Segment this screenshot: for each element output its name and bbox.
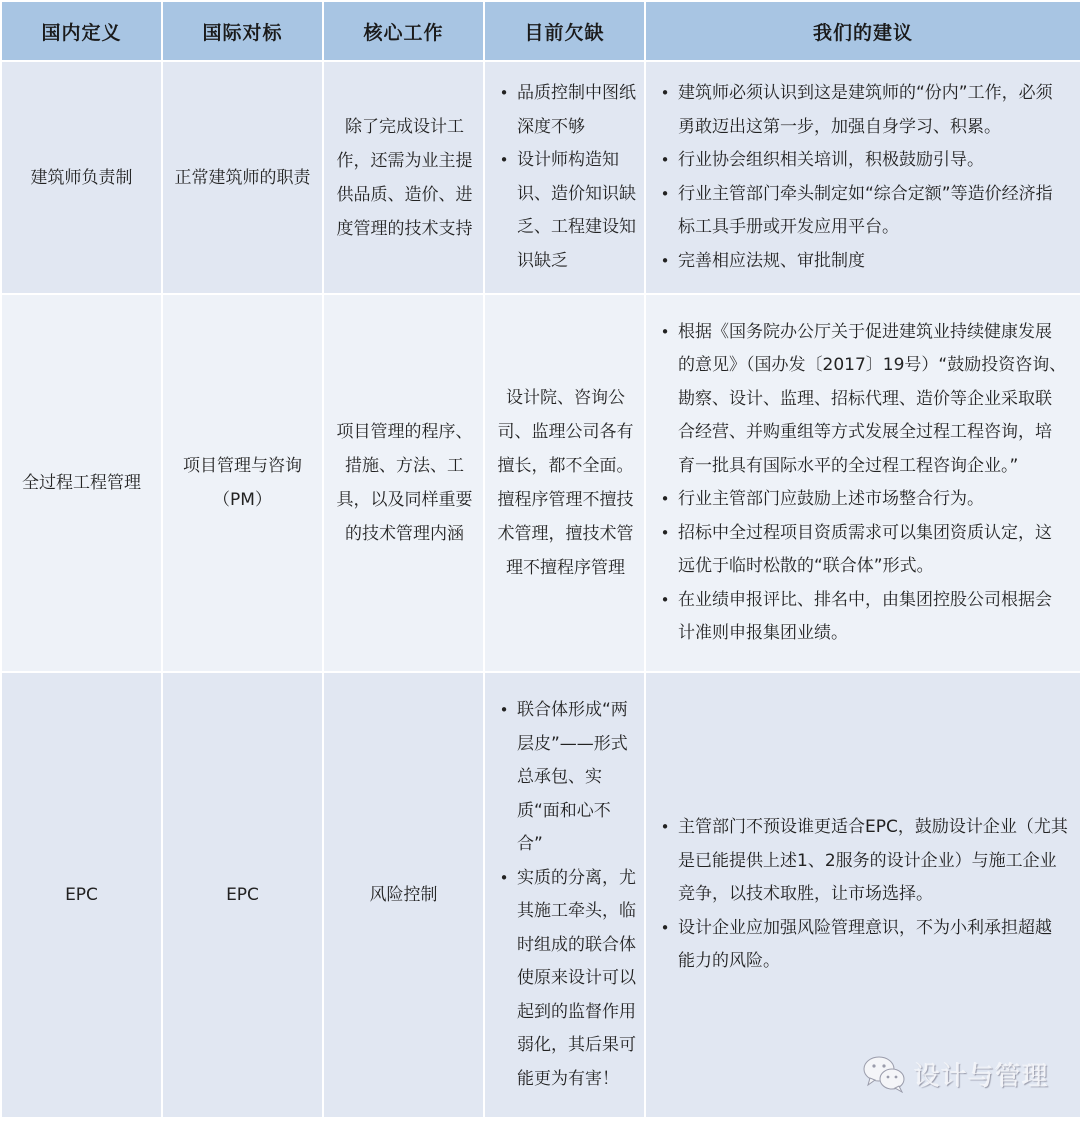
list-item: •根据《国务院办公厅关于促进建筑业持续健康发展的意见》（国办发〔2017〕19号… xyxy=(658,316,1068,484)
cell-core-work: 项目管理的程序、措施、方法、工具，以及同样重要的技术管理内涵 xyxy=(323,294,484,672)
list-item-text: 设计企业应加强风险管理意识，不为小利承担超越能力的风险。 xyxy=(678,918,1052,972)
core-work-text: 风险控制 xyxy=(324,878,483,912)
list-item: •完善相应法规、审批制度 xyxy=(658,245,1068,279)
bullet-icon: • xyxy=(658,77,672,111)
current-gaps-list: •品质控制中图纸深度不够 •设计师构造知识、造价知识缺乏、工程建设知识缺乏 xyxy=(485,77,644,278)
list-item-text: 主管部门不预设谁更适合EPC，鼓励设计企业（尤其是已能提供上述1、2服务的设计企… xyxy=(678,817,1068,904)
bullet-icon: • xyxy=(658,316,672,350)
bullet-icon: • xyxy=(658,245,672,279)
list-item: •行业主管部门应鼓励上述市场整合行为。 xyxy=(658,483,1068,517)
bullet-icon: • xyxy=(658,517,672,551)
list-item-text: 建筑师必须认识到这是建筑师的“份内”工作，必须勇敢迈出这第一步，加强自身学习、积… xyxy=(678,83,1053,137)
cell-current-gaps: •联合体形成“两层皮”——形式总承包、实质“面和心不合” •实质的分离，尤其施工… xyxy=(484,672,645,1118)
cell-current-gaps: 设计院、咨询公司、监理公司各有擅长，都不全面。擅程序管理不擅技术管理，擅技术管理… xyxy=(484,294,645,672)
cell-recommendations: •建筑师必须认识到这是建筑师的“份内”工作，必须勇敢迈出这第一步，加强自身学习、… xyxy=(645,61,1080,294)
table-header-row: 国内定义 国际对标 核心工作 目前欠缺 我们的建议 xyxy=(1,1,1080,61)
list-item: •品质控制中图纸深度不够 xyxy=(497,77,636,144)
list-item-text: 招标中全过程项目资质需求可以集团资质认定，这远优于临时松散的“联合体”形式。 xyxy=(678,523,1052,577)
cell-recommendations: •主管部门不预设谁更适合EPC，鼓励设计企业（尤其是已能提供上述1、2服务的设计… xyxy=(645,672,1080,1118)
domestic-definition-text: 建筑师负责制 xyxy=(2,161,161,195)
table-row: 全过程工程管理 项目管理与咨询（PM） 项目管理的程序、措施、方法、工具，以及同… xyxy=(1,294,1080,672)
cell-international-benchmark: 项目管理与咨询（PM） xyxy=(162,294,323,672)
list-item: •行业协会组织相关培训，积极鼓励引导。 xyxy=(658,144,1068,178)
recommendations-list: •根据《国务院办公厅关于促进建筑业持续健康发展的意见》（国办发〔2017〕19号… xyxy=(646,316,1080,651)
watermark-text: 设计与管理 xyxy=(914,1056,1049,1093)
bullet-icon: • xyxy=(658,178,672,212)
list-item: •招标中全过程项目资质需求可以集团资质认定，这远优于临时松散的“联合体”形式。 xyxy=(658,517,1068,584)
cell-domestic-definition: 建筑师负责制 xyxy=(1,61,162,294)
list-item-text: 在业绩申报评比、排名中，由集团控股公司根据会计准则申报集团业绩。 xyxy=(678,590,1052,644)
recommendations-list: •主管部门不预设谁更适合EPC，鼓励设计企业（尤其是已能提供上述1、2服务的设计… xyxy=(646,811,1080,979)
list-item-text: 行业协会组织相关培训，积极鼓励引导。 xyxy=(678,150,984,170)
list-item-text: 设计师构造知识、造价知识缺乏、工程建设知识缺乏 xyxy=(517,150,636,271)
list-item-text: 行业主管部门牵头制定如“综合定额”等造价经济指标工具手册或开发应用平台。 xyxy=(678,184,1053,238)
cell-international-benchmark: 正常建筑师的职责 xyxy=(162,61,323,294)
bullet-icon: • xyxy=(497,77,511,111)
current-gaps-list: •联合体形成“两层皮”——形式总承包、实质“面和心不合” •实质的分离，尤其施工… xyxy=(485,694,644,1096)
header-core-work: 核心工作 xyxy=(323,1,484,61)
list-item: •实质的分离，尤其施工牵头，临时组成的联合体使原来设计可以起到的监督作用弱化，其… xyxy=(497,862,636,1097)
list-item: •设计企业应加强风险管理意识，不为小利承担超越能力的风险。 xyxy=(658,912,1068,979)
table-row: EPC EPC 风险控制 •联合体形成“两层皮”——形式总承包、实质“面和心不合… xyxy=(1,672,1080,1118)
list-item: •建筑师必须认识到这是建筑师的“份内”工作，必须勇敢迈出这第一步，加强自身学习、… xyxy=(658,77,1068,144)
list-item-text: 联合体形成“两层皮”——形式总承包、实质“面和心不合” xyxy=(517,700,628,854)
bullet-icon: • xyxy=(658,584,672,618)
cell-domestic-definition: EPC xyxy=(1,672,162,1118)
bullet-icon: • xyxy=(497,862,511,896)
list-item-text: 品质控制中图纸深度不够 xyxy=(517,83,636,137)
international-benchmark-text: 正常建筑师的职责 xyxy=(163,161,322,195)
bullet-icon: • xyxy=(658,811,672,845)
table-row: 建筑师负责制 正常建筑师的职责 除了完成设计工作，还需为业主提供品质、造价、进度… xyxy=(1,61,1080,294)
list-item-text: 实质的分离，尤其施工牵头，临时组成的联合体使原来设计可以起到的监督作用弱化，其后… xyxy=(517,868,636,1089)
header-current-gaps: 目前欠缺 xyxy=(484,1,645,61)
header-domestic-definition: 国内定义 xyxy=(1,1,162,61)
recommendations-list: •建筑师必须认识到这是建筑师的“份内”工作，必须勇敢迈出这第一步，加强自身学习、… xyxy=(646,77,1080,278)
list-item: •在业绩申报评比、排名中，由集团控股公司根据会计准则申报集团业绩。 xyxy=(658,584,1068,651)
core-work-text: 除了完成设计工作，还需为业主提供品质、造价、进度管理的技术支持 xyxy=(324,110,483,246)
header-recommendations: 我们的建议 xyxy=(645,1,1080,61)
cell-current-gaps: •品质控制中图纸深度不够 •设计师构造知识、造价知识缺乏、工程建设知识缺乏 xyxy=(484,61,645,294)
bullet-icon: • xyxy=(658,483,672,517)
international-benchmark-text: EPC xyxy=(163,878,322,912)
international-benchmark-text: 项目管理与咨询（PM） xyxy=(163,449,322,517)
list-item-text: 行业主管部门应鼓励上述市场整合行为。 xyxy=(678,489,984,509)
wechat-icon xyxy=(862,1055,908,1093)
list-item: •主管部门不预设谁更适合EPC，鼓励设计企业（尤其是已能提供上述1、2服务的设计… xyxy=(658,811,1068,912)
domestic-definition-text: 全过程工程管理 xyxy=(2,466,161,500)
bullet-icon: • xyxy=(658,144,672,178)
cell-recommendations: •根据《国务院办公厅关于促进建筑业持续健康发展的意见》（国办发〔2017〕19号… xyxy=(645,294,1080,672)
cell-core-work: 风险控制 xyxy=(323,672,484,1118)
watermark: 设计与管理 xyxy=(862,1055,1049,1093)
cell-international-benchmark: EPC xyxy=(162,672,323,1118)
list-item-text: 完善相应法规、审批制度 xyxy=(678,251,865,271)
bullet-icon: • xyxy=(658,912,672,946)
bullet-icon: • xyxy=(497,144,511,178)
list-item: •设计师构造知识、造价知识缺乏、工程建设知识缺乏 xyxy=(497,144,636,278)
list-item-text: 根据《国务院办公厅关于促进建筑业持续健康发展的意见》（国办发〔2017〕19号）… xyxy=(678,322,1066,476)
comparison-table: 国内定义 国际对标 核心工作 目前欠缺 我们的建议 建筑师负责制 正常建筑师的职… xyxy=(0,0,1080,1119)
cell-domestic-definition: 全过程工程管理 xyxy=(1,294,162,672)
domestic-definition-text: EPC xyxy=(2,878,161,912)
bullet-icon: • xyxy=(497,694,511,728)
header-international-benchmark: 国际对标 xyxy=(162,1,323,61)
list-item: •联合体形成“两层皮”——形式总承包、实质“面和心不合” xyxy=(497,694,636,862)
core-work-text: 项目管理的程序、措施、方法、工具，以及同样重要的技术管理内涵 xyxy=(324,415,483,551)
cell-core-work: 除了完成设计工作，还需为业主提供品质、造价、进度管理的技术支持 xyxy=(323,61,484,294)
list-item: •行业主管部门牵头制定如“综合定额”等造价经济指标工具手册或开发应用平台。 xyxy=(658,178,1068,245)
current-gaps-text: 设计院、咨询公司、监理公司各有擅长，都不全面。擅程序管理不擅技术管理，擅技术管理… xyxy=(485,381,644,585)
